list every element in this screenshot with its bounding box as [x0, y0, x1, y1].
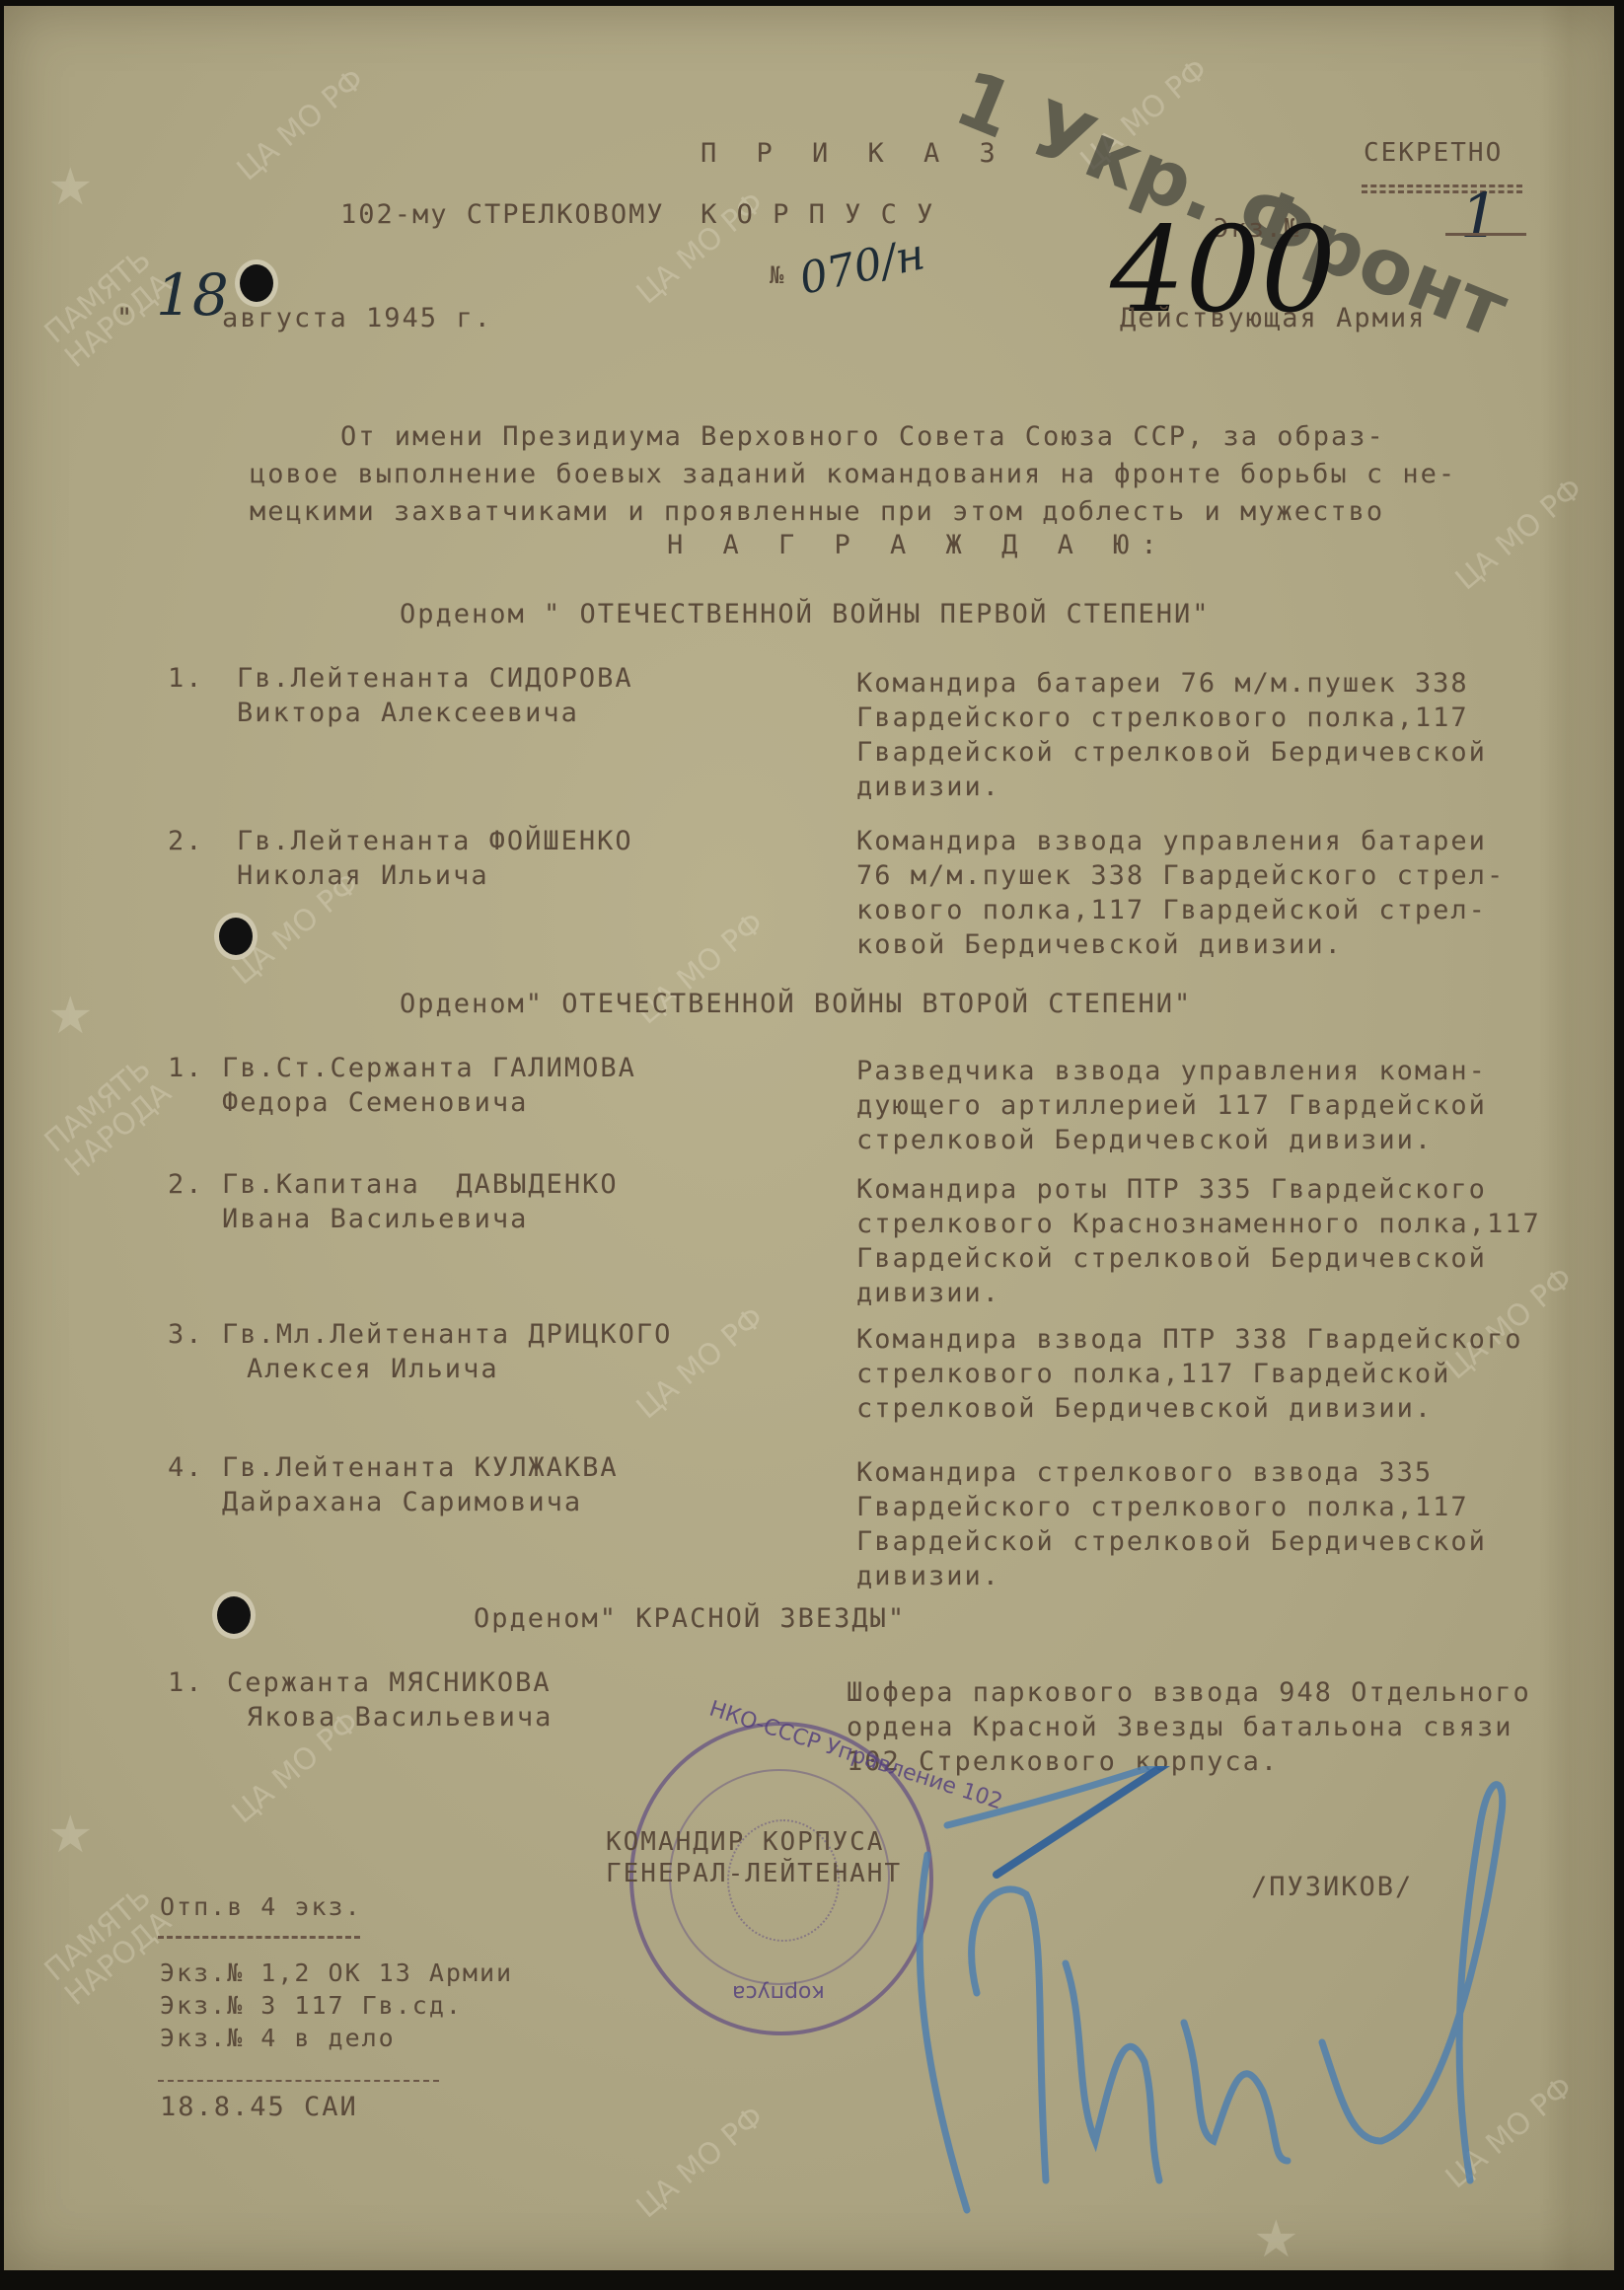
- awardee-position: дивизии.: [856, 770, 1000, 804]
- punch-hole: [217, 1596, 251, 1634]
- preamble-line: мецкими захватчиками и проявленные при э…: [250, 494, 1384, 529]
- star-watermark-icon: ★: [47, 1806, 94, 1865]
- awardee-position: ковой Бердичевской дивизии.: [856, 927, 1343, 962]
- awardee-rank-surname: Гв.Мл.Лейтенанта ДРИЦКОГО: [222, 1317, 672, 1352]
- classification-label: СЕКРЕТНО: [1364, 136, 1503, 171]
- awardee-given-names: Ивана Васильевича: [222, 1202, 528, 1236]
- awardee-position: дивизии.: [856, 1559, 1000, 1593]
- awardee-position: Командира взвода ПТР 338 Гвардейского: [856, 1322, 1522, 1357]
- awardee-rank-surname: Гв.Ст.Сержанта ГАЛИМОВА: [222, 1051, 636, 1085]
- awardee-position: кового полка,117 Гвардейской стрел-: [856, 893, 1487, 927]
- awardee-rank-surname: Гв.Лейтенанта СИДОРОВА: [237, 661, 633, 696]
- section-heading: Орденом " ОТЕЧЕСТВЕННОЙ ВОЙНЫ ПЕРВОЙ СТЕ…: [400, 597, 1211, 631]
- distribution-line: Экз.№ 4 в дело: [160, 2021, 396, 2055]
- date-quote-open: ": [116, 301, 134, 335]
- document-title: П Р И К А З: [701, 136, 1007, 171]
- section-heading: Орденом" ОТЕЧЕСТВЕННОЙ ВОЙНЫ ВТОРОЙ СТЕП…: [400, 987, 1192, 1021]
- typist-footer: 18.8.45 САИ: [160, 2090, 358, 2124]
- awardee-position: Гвардейского стрелкового полка,117: [856, 701, 1469, 735]
- punch-hole: [219, 918, 253, 955]
- punch-hole: [240, 264, 273, 302]
- addressee: 102-му СТРЕЛКОВОМУ К О Р П У С У: [340, 197, 934, 232]
- awardee-given-names: Николая Ильича: [237, 858, 489, 893]
- star-watermark-icon: ★: [47, 158, 94, 217]
- signatory-rank: ГЕНЕРАЛ-ЛЕЙТЕНАНТ: [606, 1857, 902, 1891]
- section-heading: Орденом" КРАСНОЙ ЗВЕЗДЫ": [474, 1601, 906, 1636]
- awardee-position: Командира батареи 76 м/м.пушек 338: [856, 666, 1469, 701]
- awardee-rank-surname: Гв.Капитана ДАВЫДЕНКО: [222, 1167, 619, 1202]
- preamble-line: От имени Президиума Верховного Совета Со…: [340, 419, 1385, 454]
- awardee-position: ордена Красной Звезды батальона связи: [847, 1710, 1513, 1744]
- date-day: 18: [156, 261, 229, 329]
- awardee-given-names: Якова Васильевича: [247, 1700, 553, 1735]
- awardee-position: Командира стрелкового взвода 335: [856, 1455, 1433, 1490]
- awardee-given-names: Алексея Ильича: [247, 1352, 499, 1386]
- awardee-number: 3.: [168, 1317, 204, 1352]
- order-no-prefix: №: [770, 259, 785, 293]
- awardee-position: 76 м/м.пушек 338 Гвардейского стрел-: [856, 858, 1505, 893]
- awardee-position: стрелковой Бердичевской дивизии.: [856, 1123, 1433, 1157]
- awardee-number: 1.: [168, 1051, 204, 1085]
- awardee-rank-surname: Сержанта МЯСНИКОВА: [227, 1665, 552, 1700]
- awardee-position: Гвардейской стрелковой Бердичевской: [856, 1524, 1487, 1559]
- date-rest: августа 1945 г.: [222, 301, 492, 335]
- awardee-position: Командира роты ПТР 335 Гвардейского: [856, 1172, 1487, 1207]
- awardee-given-names: Федора Семеновича: [222, 1085, 528, 1120]
- copy-underline: [1445, 233, 1526, 236]
- distribution-divider: [158, 2080, 439, 2082]
- signatory-title: КОМАНДИР КОРПУСА: [606, 1825, 884, 1860]
- awardee-number: 2.: [168, 1167, 204, 1202]
- distribution-line: Экз.№ 1,2 ОК 13 Армии: [160, 1956, 513, 1990]
- awardee-position: Шофера паркового взвода 948 Отдельного: [847, 1675, 1531, 1710]
- awardee-position: стрелковой Бердичевской дивизии.: [856, 1391, 1433, 1426]
- awardee-given-names: Виктора Алексеевича: [237, 696, 579, 730]
- signature-scribble-icon: [888, 1766, 1559, 2220]
- awardee-position: Гвардейского стрелкового полка,117: [856, 1490, 1469, 1524]
- awardee-position: стрелкового Краснознаменного полка,117: [856, 1207, 1541, 1241]
- distribution-line: Экз.№ 3 117 Гв.сд.: [160, 1988, 463, 2023]
- awardee-position: Гвардейской стрелковой Бердичевской: [856, 735, 1487, 770]
- copy-number: 1: [1460, 180, 1499, 252]
- awardee-rank-surname: Гв.Лейтенанта ФОЙШЕНКО: [237, 824, 633, 858]
- star-watermark-icon: ★: [47, 987, 94, 1046]
- distribution-divider: [158, 1936, 360, 1939]
- awardee-position: дующего артиллерией 117 Гвардейской: [856, 1088, 1487, 1123]
- awardee-rank-surname: Гв.Лейтенанта КУЛЖАКВА: [222, 1450, 619, 1485]
- army-label: Действующая Армия: [1120, 301, 1426, 335]
- awardee-number: 1.: [168, 1665, 204, 1700]
- awardee-position: Командира взвода управления батареи: [856, 824, 1487, 858]
- awardee-number: 1.: [168, 661, 204, 696]
- awardee-position: дивизии.: [856, 1276, 1000, 1310]
- awardee-given-names: Дайрахана Саримовича: [222, 1485, 582, 1519]
- awardee-number: 2.: [168, 824, 204, 858]
- seal-text-bottom: корпуса: [732, 1980, 825, 2005]
- awardee-position: Гвардейской стрелковой Бердичевской: [856, 1241, 1487, 1276]
- awardee-position: Разведчика взвода управления коман-: [856, 1054, 1487, 1088]
- awardee-number: 4.: [168, 1450, 204, 1485]
- preamble-line: цовое выполнение боевых заданий командов…: [250, 457, 1456, 491]
- distribution-header: Отп.в 4 экз.: [160, 1889, 362, 1924]
- awardee-position: стрелкового полка,117 Гвардейской: [856, 1357, 1450, 1391]
- award-verb: Н А Г Р А Ж Д А Ю:: [667, 528, 1169, 562]
